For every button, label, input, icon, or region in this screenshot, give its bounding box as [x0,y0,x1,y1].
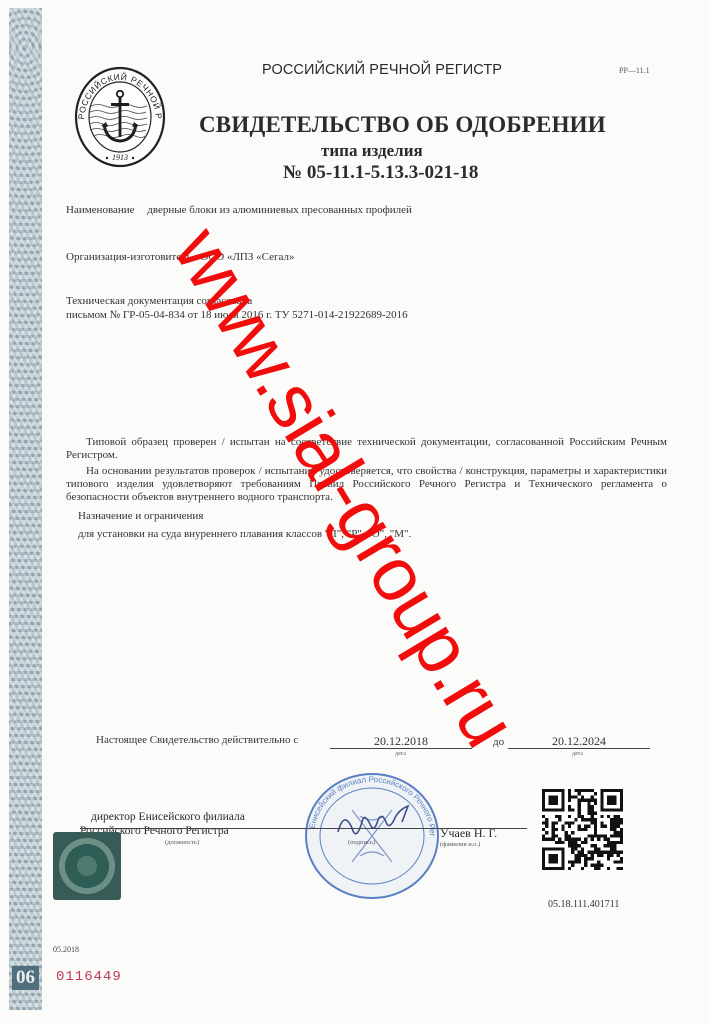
qr-code [542,789,623,870]
form-code: РР—11.1 [619,66,650,75]
signer-position-line-1: директор Енисейского филиала [91,810,245,824]
purpose-label: Назначение и ограничения [78,510,203,522]
name-caption: (фамилия и.о.) [440,841,480,848]
name-value: дверные блоки из алюминиевых пресованных… [147,204,412,216]
security-border [9,8,42,1010]
print-date: 05.2018 [53,945,79,954]
validity-label: Настоящее Свидетельство действительно с [96,734,298,746]
signature-caption: (подпись) [348,839,375,846]
issuer-name: РОССИЙСКИЙ РЕЧНОЙ РЕГИСТР [262,62,502,78]
name-label: Наименование [66,204,135,216]
document-title: СВИДЕТЕЛЬСТВО ОБ ОДОБРЕНИИ [199,112,606,138]
registry-emblem: РОССИЙСКИЙ РЕЧНОЙ РЕГИСТР 1913 [74,66,166,168]
position-caption: (должность) [165,839,199,846]
border-number: 06 [12,966,39,990]
official-stamp: Енисейский филиал Российского Речного Ре… [300,766,450,906]
valid-from-caption: дата [395,751,406,757]
valid-to-date: 20.12.2024 [508,734,650,749]
hologram-sticker [53,832,121,900]
signer-name: Учаев Н. Г. [440,826,497,840]
valid-to-caption: дата [572,751,583,757]
certificate-number: № 05-11.1-5.13.3-021-18 [283,162,478,184]
name-row: Наименование дверные блоки из алюминиевы… [66,204,412,216]
serial-number: 0116449 [56,969,122,985]
document-subtitle: типа изделия [321,141,423,161]
certificate-page: 06 РОССИЙСКИЙ РЕЧНОЙ РЕГИСТР 1913 [0,0,709,1024]
qr-code-number: 05.18.111.401711 [548,899,619,910]
svg-text:1913: 1913 [112,153,128,162]
